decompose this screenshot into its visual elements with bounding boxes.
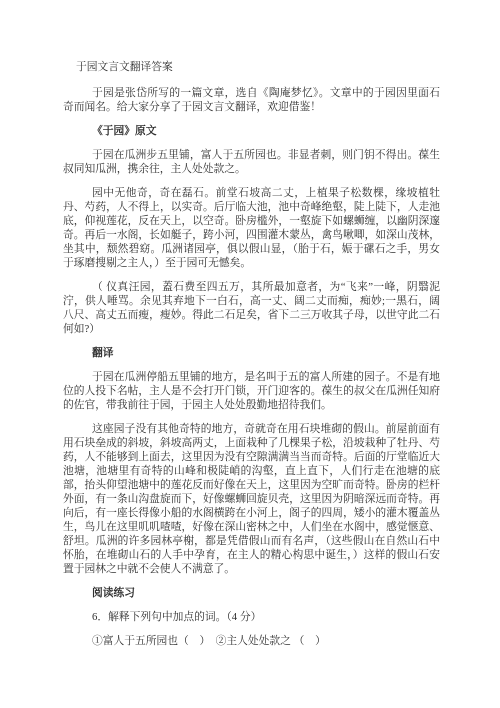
translation-paragraph-2: 这座园子没有其他奇特的地方，奇就奇在用石块堆砌的假山。前屋前面有用石块垒成的斜坡… — [63, 422, 440, 576]
original-note-paragraph: （ 仪真汪园，蓋石费至四五万，其所最加意者，为“飞来”一峰，阴翳泥泞，供人唾骂。… — [63, 280, 440, 336]
intro-paragraph: 于园是张岱所写的一篇文章，选自《陶庵梦忆》。文章中的于园因里面石奇而闻名。给大家… — [63, 86, 440, 114]
document-page: { "page": { "background": "#ffffff", "te… — [0, 0, 500, 708]
translation-paragraph-1: 于园在瓜洲停船五里铺的地方，是名叫于五的富人所建的园子。不是有地位的人投下名帖，… — [63, 370, 440, 412]
heading-reading-exercise: 阅读练习 — [63, 586, 440, 600]
exercise-question-6-blanks: ①富人于五所园也（ ） ②主人处处款之 （ ） — [63, 634, 440, 648]
exercise-question-6: 6．解释下列句中加点的词。（4 分） — [63, 610, 440, 624]
heading-original-text: 《于园》原文 — [63, 124, 440, 138]
heading-translation: 翻译 — [63, 346, 440, 360]
original-paragraph-1: 于园在瓜洲步五里铺，富人于五所园也。非显者刺，则门钥不得出。葆生叔同知瓜洲，携余… — [63, 148, 440, 176]
original-paragraph-2: 园中无他奇，奇在磊石。前堂石坡高二丈，上植果子松数棵，缘坡植牡丹、芍药，人不得上… — [63, 186, 440, 270]
document-body: 于园文言文翻译答案 于园是张岱所写的一篇文章，选自《陶庵梦忆》。文章中的于园因里… — [63, 60, 440, 658]
doc-title: 于园文言文翻译答案 — [76, 60, 440, 74]
